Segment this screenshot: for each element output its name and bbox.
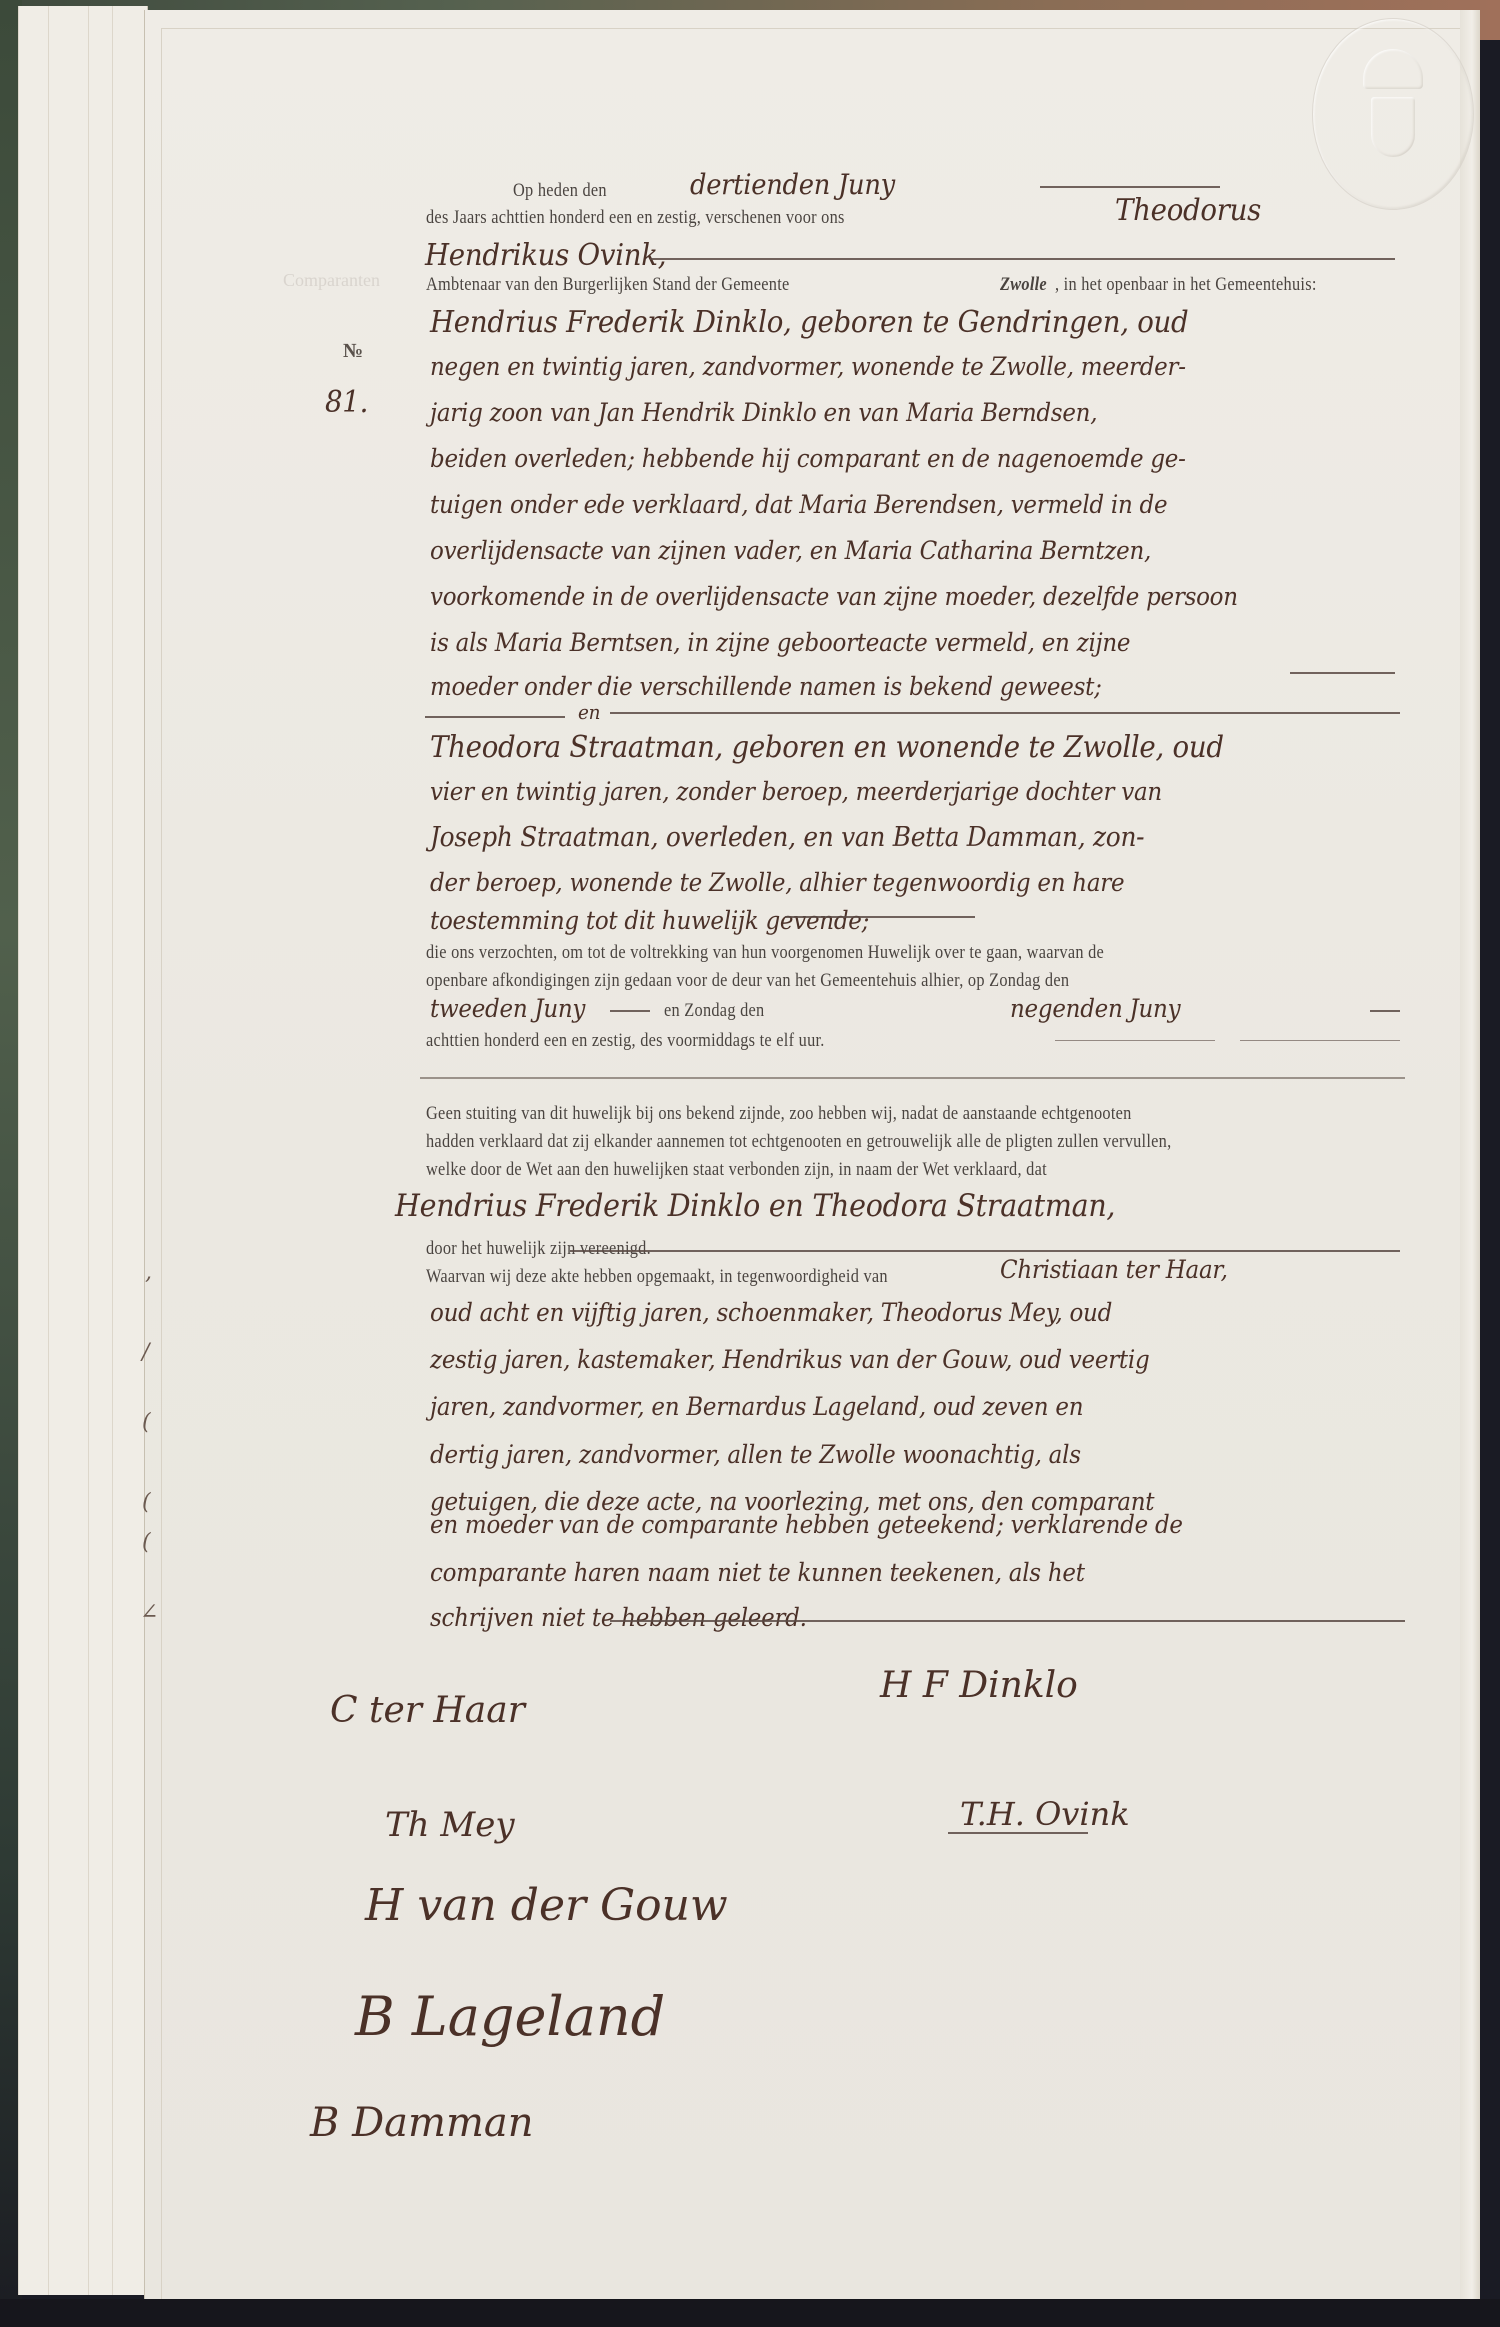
witness-line: zestig jaren, kastemaker, Hendrikus van …	[430, 1345, 1149, 1374]
signature-dinklo: H F Dinklo	[880, 1665, 1078, 1706]
groom-line: voorkomende in de overlijdensacte van zi…	[430, 582, 1238, 611]
page-stack-edge	[112, 6, 148, 2295]
margin-mark: (	[142, 1530, 151, 1555]
fill-rule	[1040, 186, 1220, 188]
fill-rule	[610, 712, 1400, 714]
embossed-seal-icon	[1312, 18, 1474, 210]
groom-line: Hendrius Frederik Dinklo, geboren te Gen…	[430, 305, 1188, 340]
witness-line: dertig jaren, zandvormer, allen te Zwoll…	[430, 1440, 1081, 1469]
record-number-label: №	[343, 340, 363, 363]
printed-text: hadden verklaard dat zij elkander aannem…	[426, 1131, 1171, 1153]
record-number: 81.	[325, 385, 368, 420]
signature-lageland: B Lageland	[355, 1985, 665, 2048]
fill-rule	[1240, 1040, 1400, 1041]
printed-text: des Jaars achttien honderd een en zestig…	[426, 207, 845, 229]
handwritten-official-name: Hendrikus Ovink,	[425, 238, 666, 273]
margin-mark: (	[142, 1490, 151, 1515]
witness-line: en moeder van de comparante hebben getee…	[430, 1510, 1183, 1539]
margin-mark: ∠	[140, 1600, 158, 1625]
groom-line: tuigen onder ede verklaard, dat Maria Be…	[430, 490, 1167, 519]
groom-line: is als Maria Berntsen, in zijne geboorte…	[430, 628, 1130, 657]
bride-line: Joseph Straatman, overleden, en van Bett…	[430, 822, 1144, 853]
handwritten-official-firstname: Theodorus	[1115, 193, 1261, 228]
groom-line: moeder onder die verschillende namen is …	[430, 672, 1102, 701]
witness-line: jaren, zandvormer, en Bernardus Lageland…	[430, 1392, 1083, 1421]
printed-text: Ambtenaar van den Burgerlijken Stand der…	[426, 274, 790, 296]
fill-rule	[610, 1620, 1405, 1622]
bride-line: vier en twintig jaren, zonder beroep, me…	[430, 777, 1162, 806]
fill-rule	[785, 916, 975, 918]
witness-line: schrijven niet te hebben geleerd.	[430, 1603, 807, 1632]
signature-ter-haar: C ter Haar	[330, 1690, 525, 1731]
fill-rule	[570, 1250, 1400, 1252]
page-right-edge	[1460, 10, 1480, 2300]
handwritten-first-proclamation: tweeden Juny	[430, 994, 585, 1023]
and-separator: en	[578, 700, 600, 724]
printed-text: en Zondag den	[664, 1000, 764, 1022]
printed-text: door het huwelijk zijn vereenigd.	[426, 1238, 651, 1260]
fill-rule	[650, 258, 1395, 260]
printed-text: Geen stuiting van dit huwelijk bij ons b…	[426, 1103, 1132, 1125]
signature-damman: B Damman	[310, 2100, 534, 2146]
section-divider	[420, 1077, 1405, 1079]
groom-line: overlijdensacte van zijnen vader, en Mar…	[430, 536, 1151, 565]
background-bottom	[0, 2299, 1500, 2327]
printed-text: , in het openbaar in het Gemeentehuis:	[1055, 274, 1317, 296]
fill-rule	[425, 716, 565, 718]
shield-icon	[1371, 97, 1415, 157]
signature-van-der-gouw: H van der Gouw	[365, 1880, 728, 1931]
municipality-name: Zwolle	[1000, 274, 1047, 296]
bride-line: Theodora Straatman, geboren en wonende t…	[430, 730, 1224, 765]
signature-mey: Th Mey	[385, 1805, 515, 1845]
margin-mark: (	[142, 1410, 151, 1435]
printed-text: welke door de Wet aan den huwelijken sta…	[426, 1159, 1047, 1181]
fill-rule	[1290, 672, 1395, 674]
fill-rule	[1370, 1010, 1400, 1012]
margin-mark: /	[142, 1340, 149, 1365]
witness-line: comparante haren naam niet te kunnen tee…	[430, 1558, 1085, 1587]
signature-ovink: T.H. Ovink	[960, 1795, 1130, 1833]
printed-text: Waarvan wij deze akte hebben opgemaakt, …	[426, 1266, 888, 1288]
handwritten-second-proclamation: negenden Juny	[1010, 994, 1180, 1023]
printed-text: openbare afkondigingen zijn gedaan voor …	[426, 970, 1069, 992]
fill-rule	[1055, 1040, 1215, 1041]
fill-rule	[610, 1010, 650, 1012]
margin-mark: ,	[145, 1260, 152, 1285]
bride-line: toestemming tot dit huwelijk gevende;	[430, 906, 869, 935]
crown-icon	[1363, 49, 1423, 89]
handwritten-date: dertienden Juny	[690, 168, 895, 201]
printed-text: Op heden den	[513, 180, 607, 202]
bleed-through-text: Comparanten	[283, 270, 380, 291]
printed-text: achttien honderd een en zestig, des voor…	[426, 1030, 825, 1052]
bride-line: der beroep, wonende te Zwolle, alhier te…	[430, 868, 1124, 897]
groom-line: beiden overleden; hebbende hij comparant…	[430, 444, 1186, 473]
groom-line: negen en twintig jaren, zandvormer, wone…	[430, 352, 1186, 381]
handwritten-witness-1: Christiaan ter Haar,	[1000, 1255, 1228, 1284]
couple-names: Hendrius Frederik Dinklo en Theodora Str…	[395, 1188, 1115, 1224]
groom-line: jarig zoon van Jan Hendrik Dinklo en van…	[430, 398, 1097, 427]
signature-underline	[948, 1832, 1088, 1834]
witness-line: oud acht en vijftig jaren, schoenmaker, …	[430, 1298, 1112, 1327]
printed-text: die ons verzochten, om tot de voltrekkin…	[426, 942, 1104, 964]
